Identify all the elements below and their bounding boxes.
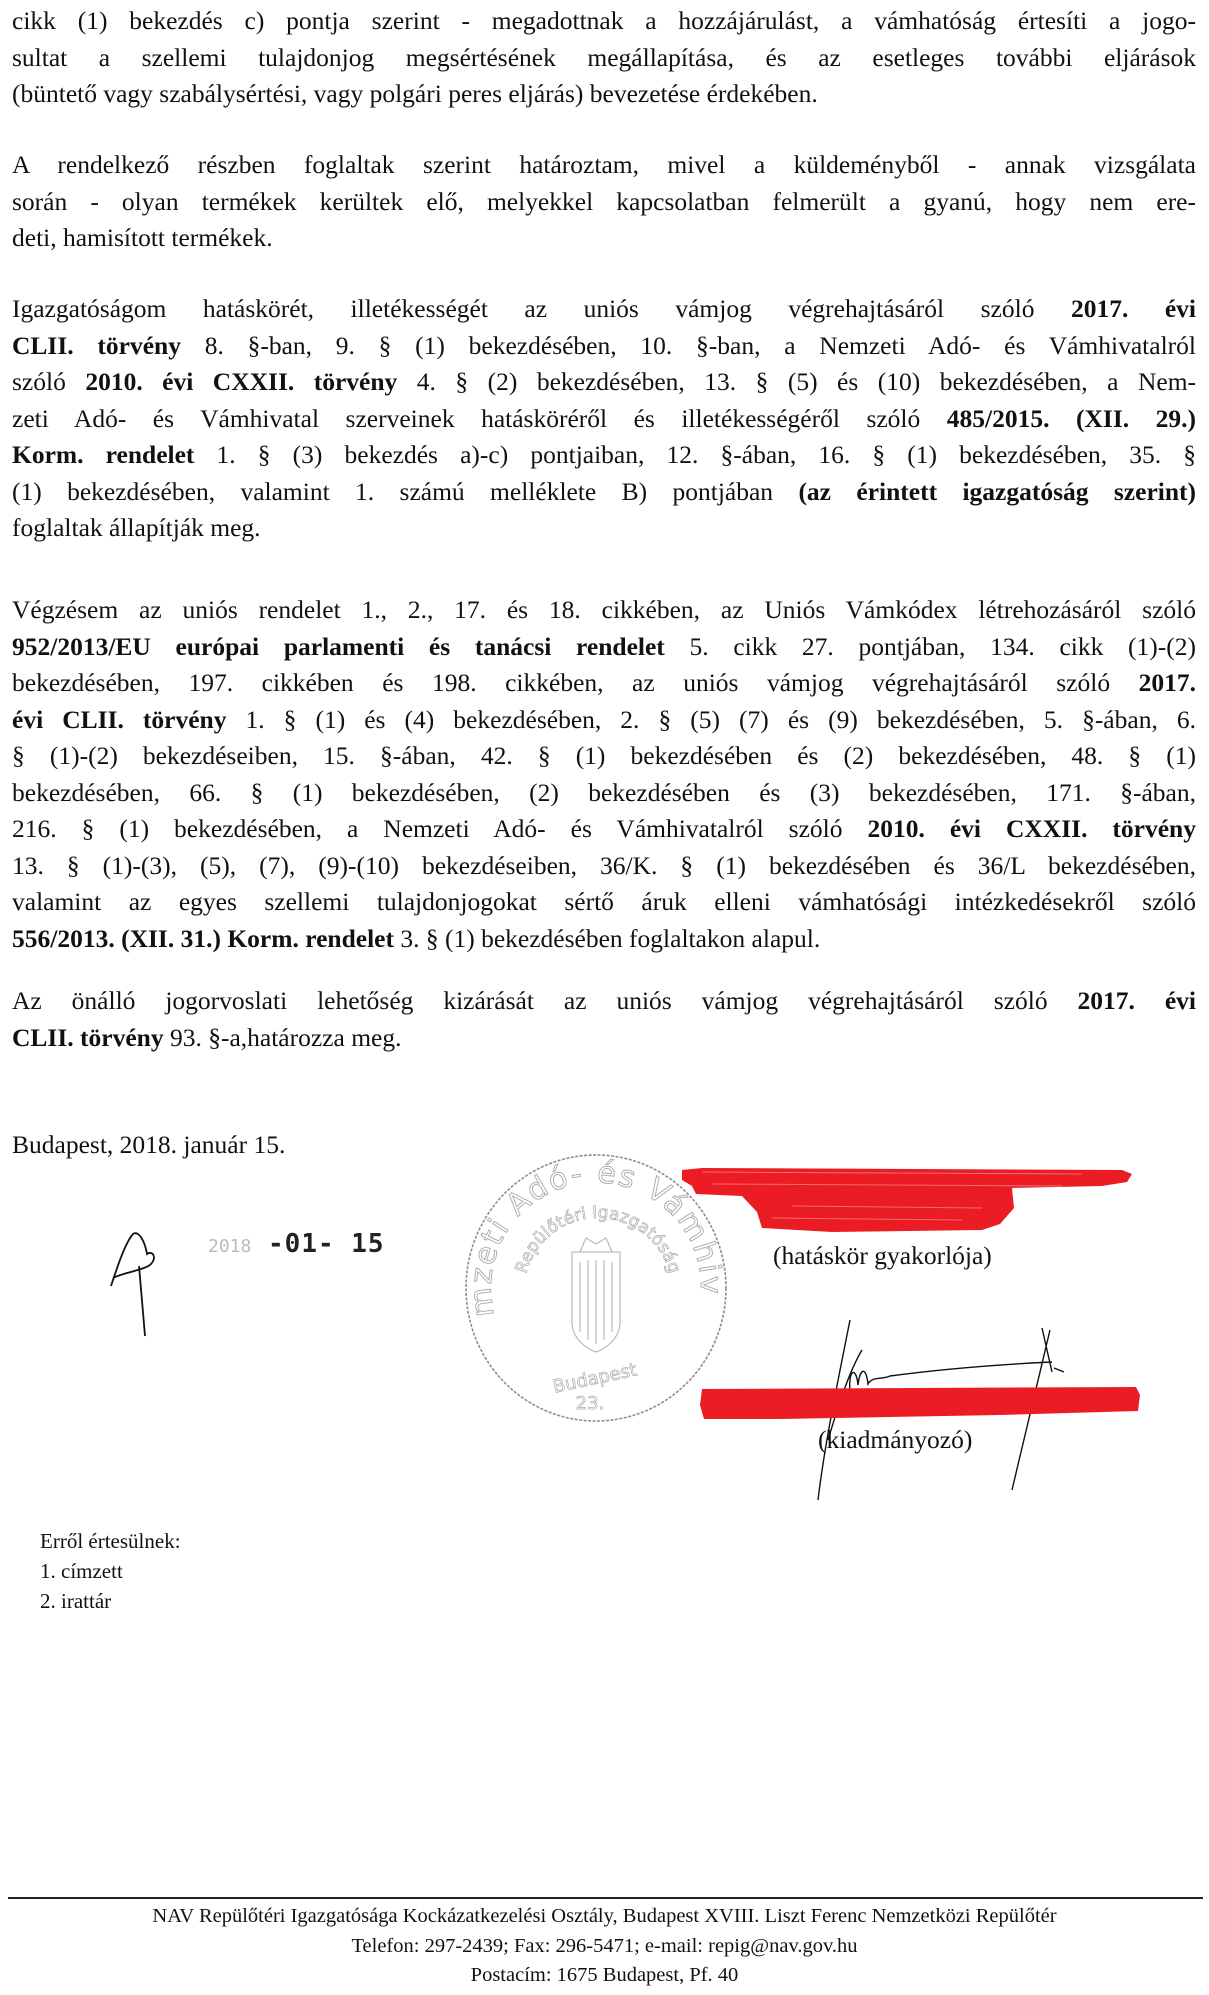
text-run: foglaltak állapítják meg.: [12, 513, 261, 542]
notification-heading: Erről értesülnek:: [40, 1526, 181, 1556]
legal-reference: 2017. évi: [1071, 294, 1196, 323]
legal-reference: 952/2013/EU európai parlamenti és tanács…: [12, 632, 665, 661]
text-line: sultat a szellemi tulajdonjog megsértésé…: [12, 40, 1196, 77]
text-line: valamint az egyes szellemi tulajdonjogok…: [12, 884, 1196, 921]
paragraph-reasoning: A rendelkező részben foglaltak szerint h…: [12, 147, 1196, 257]
paragraph-legal-basis: Végzésem az uniós rendelet 1., 2., 17. é…: [12, 592, 1196, 957]
text-line: deti, hamisított termékek.: [12, 220, 1196, 257]
text-run: 13. § (1)-(3), (5), (7), (9)-(10) bekezd…: [12, 851, 1196, 880]
text-line: Igazgatóságom hatáskörét, illetékességét…: [12, 291, 1196, 328]
legal-reference: 556/2013. (XII. 31.) Korm. rendelet: [12, 924, 394, 953]
text-run: 216. § (1) bekezdésében, a Nemzeti Adó- …: [12, 814, 867, 843]
redacted-name-2: [700, 1385, 1140, 1423]
legal-reference: CLII. törvény: [12, 1023, 164, 1052]
text-line: § (1)-(2) bekezdéseiben, 15. §-ában, 42.…: [12, 738, 1196, 775]
svg-text:23.: 23.: [576, 1393, 605, 1414]
text-run: Végzésem az uniós rendelet 1., 2., 17. é…: [12, 595, 1196, 624]
place-and-date: Budapest, 2018. január 15.: [12, 1127, 285, 1163]
legal-reference: (az érintett igazgatóság szerint): [798, 477, 1196, 506]
text-line: (büntető vagy szabálysértési, vagy polgá…: [12, 76, 1196, 113]
received-date-stamp: 2018 -01- 15: [208, 1229, 385, 1259]
role-label-issuer: (kiadmányozó): [818, 1424, 972, 1456]
legal-reference: Korm. rendelet: [12, 440, 194, 469]
text-run: Az önálló jogorvoslati lehetőség kizárás…: [12, 986, 1078, 1015]
text-line: 556/2013. (XII. 31.) Korm. rendelet 3. §…: [12, 921, 1196, 958]
text-line: 216. § (1) bekezdésében, a Nemzeti Adó- …: [12, 811, 1196, 848]
text-run: 8. §-ban, 9. § (1) bekezdésében, 10. §-b…: [181, 331, 1196, 360]
text-run: 5. cikk 27. pontjában, 134. cikk (1)-(2): [665, 632, 1196, 661]
paragraph-competence: Igazgatóságom hatáskörét, illetékességét…: [12, 291, 1196, 547]
legal-reference: 2010. évi CXXII. törvény: [867, 814, 1196, 843]
redacted-name-1: [682, 1160, 1132, 1238]
text-run: során - olyan termékek kerültek elő, mel…: [12, 187, 1196, 216]
text-run: szóló: [12, 367, 85, 396]
legal-reference: évi CLII. törvény: [12, 705, 226, 734]
text-run: (1) bekezdésében, valamint 1. számú mell…: [12, 477, 798, 506]
svg-text:Budapest: Budapest: [551, 1359, 639, 1397]
date-stamp-day: -01- 15: [268, 1229, 385, 1259]
footer-postal-address: Postacím: 1675 Budapest, Pf. 40: [0, 1961, 1209, 1991]
footer-divider: [8, 1897, 1203, 1899]
text-run: 3. § (1) bekezdésében foglaltakon alapul…: [394, 924, 820, 953]
text-run: 4. § (2) bekezdésében, 13. § (5) és (10)…: [397, 367, 1196, 396]
initials-signature-icon: [105, 1228, 165, 1338]
letterhead-footer: NAV Repülőtéri Igazgatósága Kockázatkeze…: [0, 1902, 1209, 1991]
text-run: A rendelkező részben foglaltak szerint h…: [12, 150, 1196, 179]
legal-reference: 485/2015. (XII. 29.): [947, 404, 1196, 433]
text-run: bekezdésében, 197. cikkében és 198. cikk…: [12, 668, 1139, 697]
text-line: cikk (1) bekezdés c) pontja szerint - me…: [12, 3, 1196, 40]
text-line: A rendelkező részben foglaltak szerint h…: [12, 147, 1196, 184]
text-run: zeti Adó- és Vámhivatal szerveinek hatás…: [12, 404, 947, 433]
text-line: szóló 2010. évi CXXII. törvény 4. § (2) …: [12, 364, 1196, 401]
text-line: (1) bekezdésében, valamint 1. számú mell…: [12, 474, 1196, 511]
role-label-authority: (hatáskör gyakorlója): [773, 1240, 992, 1272]
text-run: bekezdésében, 66. § (1) bekezdésében, (2…: [12, 778, 1196, 807]
legal-reference: 2017. évi: [1078, 986, 1196, 1015]
recipient-item: 2. irattár: [40, 1586, 181, 1616]
legal-reference: 2017.: [1139, 668, 1196, 697]
text-run: Igazgatóságom hatáskörét, illetékességét…: [12, 294, 1071, 323]
text-line: 952/2013/EU európai parlamenti és tanács…: [12, 629, 1196, 666]
text-line: során - olyan termékek kerültek elő, mel…: [12, 184, 1196, 221]
text-run: 93. §-a,határozza meg.: [164, 1023, 402, 1052]
text-line: Az önálló jogorvoslati lehetőség kizárás…: [12, 983, 1196, 1020]
text-line: Végzésem az uniós rendelet 1., 2., 17. é…: [12, 592, 1196, 629]
notification-list: Erről értesülnek: 1. címzett 2. irattár: [40, 1526, 181, 1616]
text-line: évi CLII. törvény 1. § (1) és (4) bekezd…: [12, 702, 1196, 739]
text-run: cikk (1) bekezdés c) pontja szerint - me…: [12, 6, 1196, 35]
text-line: foglaltak állapítják meg.: [12, 510, 1196, 547]
text-run: § (1)-(2) bekezdéseiben, 15. §-ában, 42.…: [12, 741, 1196, 770]
text-run: sultat a szellemi tulajdonjog megsértésé…: [12, 43, 1196, 72]
text-run: 1. § (1) és (4) bekezdésében, 2. § (5) (…: [226, 705, 1196, 734]
text-line: CLII. törvény 8. §-ban, 9. § (1) bekezdé…: [12, 328, 1196, 365]
text-run: deti, hamisított termékek.: [12, 223, 273, 252]
text-run: 1. § (3) bekezdés a)-c) pontjaiban, 12. …: [194, 440, 1196, 469]
paragraph-remedy-exclusion: Az önálló jogorvoslati lehetőség kizárás…: [12, 983, 1196, 1056]
text-line: bekezdésében, 197. cikkében és 198. cikk…: [12, 665, 1196, 702]
legal-reference: 2010. évi CXXII. törvény: [85, 367, 397, 396]
text-run: valamint az egyes szellemi tulajdonjogok…: [12, 887, 1196, 916]
date-stamp-year: 2018: [208, 1236, 251, 1257]
svg-text:Repülőtéri Igazgatóság: Repülőtéri Igazgatóság: [512, 1203, 685, 1276]
text-line: bekezdésében, 66. § (1) bekezdésében, (2…: [12, 775, 1196, 812]
text-line: zeti Adó- és Vámhivatal szerveinek hatás…: [12, 401, 1196, 438]
legal-reference: CLII. törvény: [12, 331, 181, 360]
recipient-item: 1. címzett: [40, 1556, 181, 1586]
text-line: CLII. törvény 93. §-a,határozza meg.: [12, 1020, 1196, 1057]
paragraph-legal-consequence: cikk (1) bekezdés c) pontja szerint - me…: [12, 3, 1196, 113]
footer-contact: Telefon: 297-2439; Fax: 296-5471; e-mail…: [0, 1932, 1209, 1962]
text-line: 13. § (1)-(3), (5), (7), (9)-(10) bekezd…: [12, 848, 1196, 885]
footer-office: NAV Repülőtéri Igazgatósága Kockázatkeze…: [0, 1902, 1209, 1932]
text-run: (büntető vagy szabálysértési, vagy polgá…: [12, 79, 818, 108]
text-line: Korm. rendelet 1. § (3) bekezdés a)-c) p…: [12, 437, 1196, 474]
